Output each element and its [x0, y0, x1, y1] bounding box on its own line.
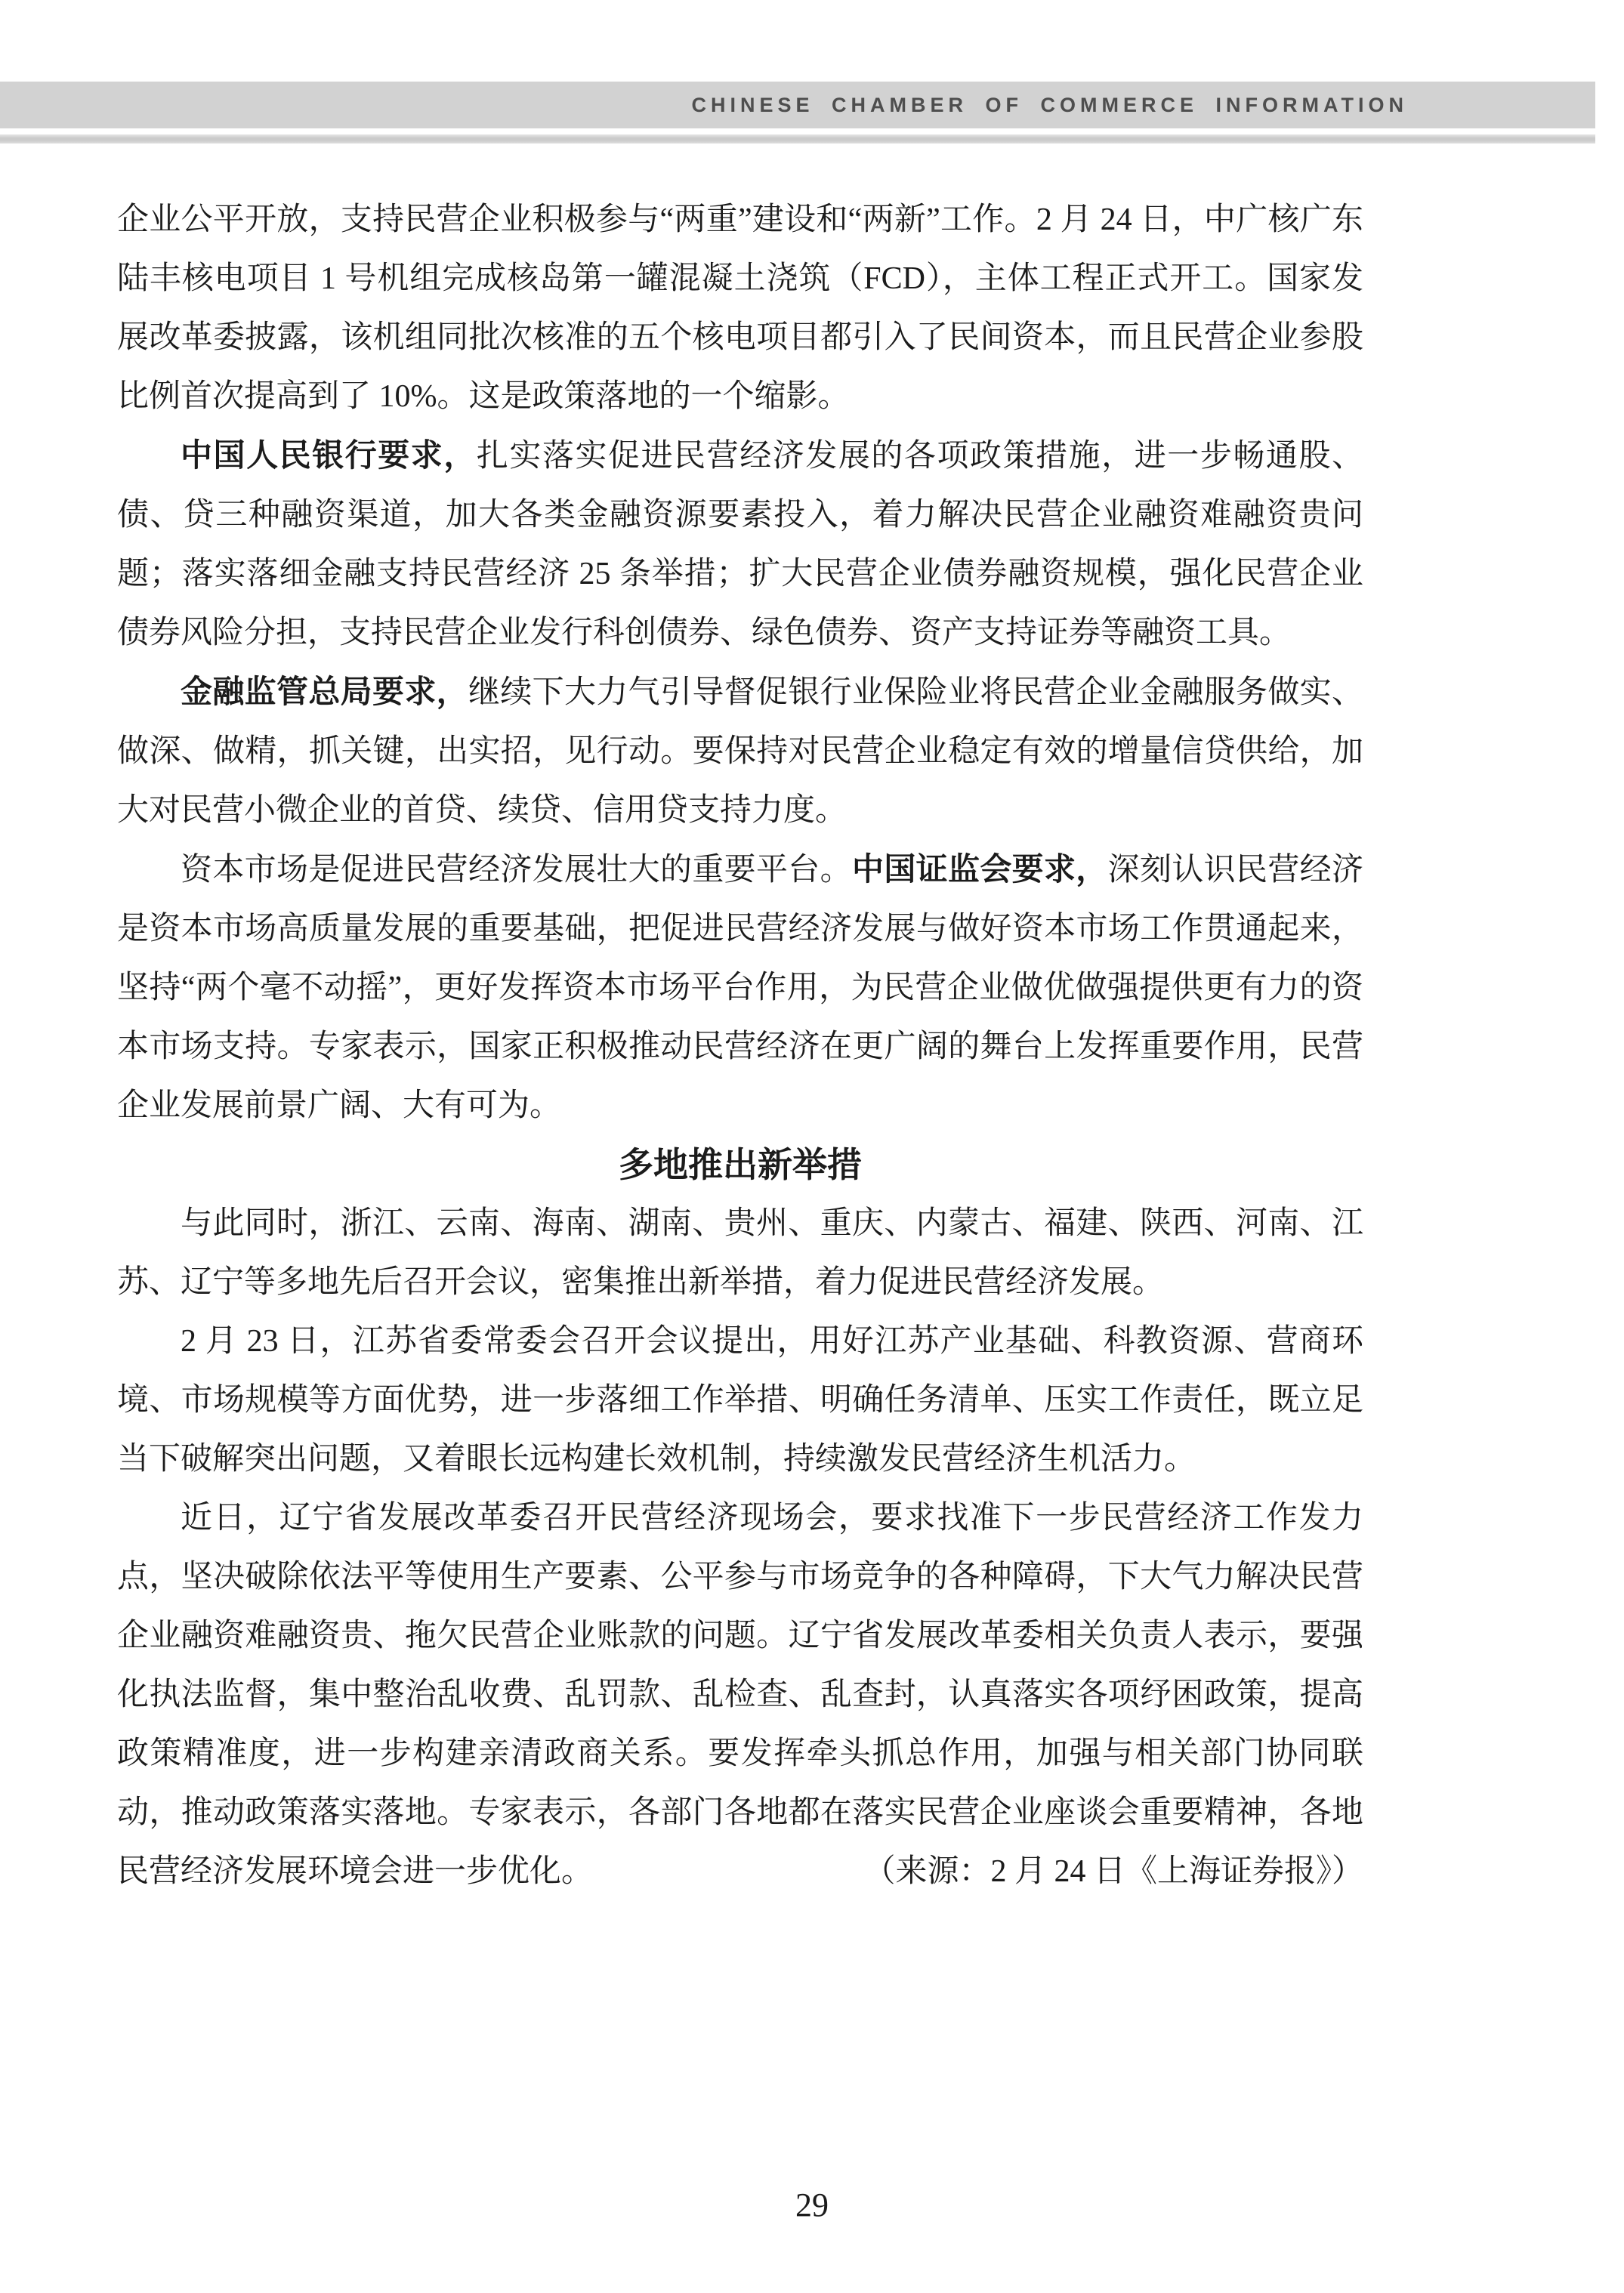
body-text: 资本市场是促进民营经济发展壮大的重要平台。 [181, 853, 852, 887]
article-body: 企业公平开放，支持民营企业积极参与“两重”建设和“两新”工作。2 月 24 日，… [117, 190, 1363, 1901]
body-text: 近日，辽宁省发展改革委召开民营经济现场会，要求找准下一步民营经济工作发力点，坚决… [117, 1501, 1363, 1889]
section-heading: 多地推出新举措 [117, 1135, 1363, 1194]
paragraph: 资本市场是促进民营经济发展壮大的重要平台。中国证监会要求，深刻认识民营经济是资本… [117, 840, 1363, 1135]
paragraph: 中国人民银行要求，扎实落实促进民营经济发展的各项政策措施，进一步畅通股、债、贷三… [117, 426, 1363, 662]
body-text: 与此同时，浙江、云南、海南、湖南、贵州、重庆、内蒙古、福建、陕西、河南、江苏、辽… [117, 1206, 1363, 1300]
header-banner-text: CHINESE CHAMBER OF COMMERCE INFORMATION [692, 94, 1409, 117]
paragraph: 与此同时，浙江、云南、海南、湖南、贵州、重庆、内蒙古、福建、陕西、河南、江苏、辽… [117, 1194, 1363, 1312]
header-divider-stripe [0, 134, 1595, 144]
paragraph: 近日，辽宁省发展改革委召开民营经济现场会，要求找准下一步民营经济工作发力点，坚决… [117, 1489, 1363, 1901]
document-page: CHINESE CHAMBER OF COMMERCE INFORMATION … [0, 0, 1624, 2293]
page-number: 29 [0, 2186, 1624, 2224]
bold-lead-in: 中国证监会要求， [852, 851, 1108, 887]
body-text: 企业公平开放，支持民营企业积极参与“两重”建设和“两新”工作。2 月 24 日，… [117, 202, 1363, 414]
header-band: CHINESE CHAMBER OF COMMERCE INFORMATION [0, 82, 1595, 128]
paragraph: 企业公平开放，支持民营企业积极参与“两重”建设和“两新”工作。2 月 24 日，… [117, 190, 1363, 426]
bold-lead-in: 金融监管总局要求， [181, 674, 468, 709]
paragraph: 金融监管总局要求，继续下大力气引导督促银行业保险业将民营企业金融服务做实、做深、… [117, 662, 1363, 840]
body-text: 深刻认识民营经济是资本市场高质量发展的重要基础，把促进民营经济发展与做好资本市场… [117, 853, 1363, 1123]
bold-lead-in: 中国人民银行要求， [181, 437, 477, 473]
body-text: 2 月 23 日，江苏省委常委会召开会议提出，用好江苏产业基础、科教资源、营商环… [117, 1324, 1363, 1477]
source-attribution: （来源：2 月 24 日《上海证券报》） [800, 1842, 1363, 1901]
paragraph: 2 月 23 日，江苏省委常委会召开会议提出，用好江苏产业基础、科教资源、营商环… [117, 1312, 1363, 1489]
